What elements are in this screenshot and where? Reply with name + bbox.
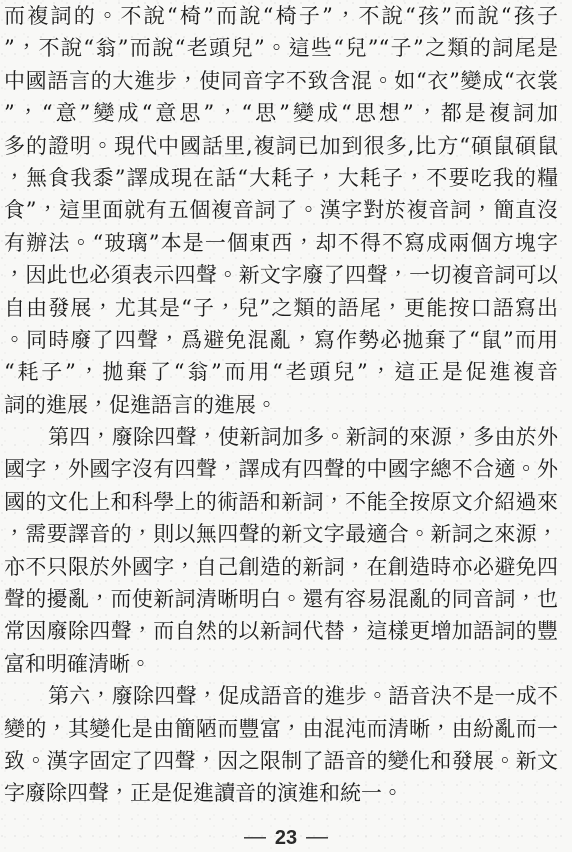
paragraph-compound-words: 而複詞的。不說“椅”而說“椅子”，不說“孩”而說“孩子 ”，不說“翁”而說“老頭…: [4, 0, 558, 421]
paragraph-point-six: 第六，廢除四聲，促成語音的進步。語音決不是一成不 變的，其變化是由簡陋而豐富，由…: [4, 680, 558, 810]
text-line: 中國語言的大進步，使同音字不致含混。如“衣”變成“衣裳: [4, 65, 558, 97]
text-line-paragraph-start: 第四，廢除四聲，使新詞加多。新詞的來源，多由於外: [4, 421, 558, 453]
page-body: 而複詞的。不說“椅”而說“椅子”，不說“孩”而說“孩子 ”，不說“翁”而說“老頭…: [4, 0, 558, 810]
text-line: 。同時廢了四聲，爲避免混亂，寫作勢必拋棄了“鼠”而用: [4, 324, 558, 356]
text-line: ，因此也必須表示四聲。新文字廢了四聲，一切複音詞可以: [4, 259, 558, 291]
text-line: 變的，其變化是由簡陋而豐富，由混沌而清晰，由紛亂而一: [4, 713, 558, 745]
text-line: 聲的擾亂，而使新詞清晰明白。還有容易混亂的同音詞，也: [4, 583, 558, 615]
text-line: “耗子”，拋棄了“翁”而用“老頭兒”，這正是促進複音: [4, 356, 558, 388]
text-line: ，無食我黍”譯成現在話“大耗子，大耗子，不要吃我的糧: [4, 162, 558, 194]
page-number-right-dash: —: [306, 825, 328, 849]
text-line: 自由發展，尤其是“子，兒”之類的語尾，更能按口語寫出: [4, 292, 558, 324]
text-line: ”，不說“翁”而說“老頭兒”。這些“兒”“子”之類的詞尾是: [4, 32, 558, 64]
text-line: 國字，外國字沒有四聲，譯成有四聲的中國字總不合適。外: [4, 453, 558, 485]
text-line-paragraph-end: 詞的進展，促進語言的進展。: [4, 389, 558, 421]
text-line-paragraph-end: 字廢除四聲，正是促進讀音的演進和統一。: [4, 777, 558, 809]
page-number-left-dash: —: [244, 825, 266, 849]
text-line: 多的證明。現代中國話里,複詞已加到很多,比方“碩鼠碩鼠: [4, 130, 558, 162]
text-line: 食”，這里面就有五個複音詞了。漢字對於複音詞，簡直沒: [4, 194, 558, 226]
text-line: 國的文化上和科學上的術語和新詞，不能全按原文介紹過來: [4, 486, 558, 518]
text-line: 常因廢除四聲，而自然的以新詞代替，這樣更增加語詞的豐: [4, 615, 558, 647]
text-line-paragraph-end: 富和明確清晰。: [4, 648, 558, 680]
text-line: 有辦法。“玻璃”本是一個東西，却不得不寫成兩個方塊字: [4, 227, 558, 259]
text-line-paragraph-start: 第六，廢除四聲，促成語音的進步。語音決不是一成不: [4, 680, 558, 712]
page-number-value: 23: [275, 827, 297, 849]
text-line: 而複詞的。不說“椅”而說“椅子”，不說“孩”而說“孩子: [4, 0, 558, 32]
page-number: —23—: [0, 826, 572, 850]
text-line: ，需要譯音的，則以無四聲的新文字最適合。新詞之來源，: [4, 518, 558, 550]
text-line: 亦不只限於外國字，自己創造的新詞，在創造時亦必避免四: [4, 551, 558, 583]
paragraph-point-four: 第四，廢除四聲，使新詞加多。新詞的來源，多由於外 國字，外國字沒有四聲，譯成有四…: [4, 421, 558, 680]
text-line: ”，“意”變成“意思”，“思”變成“思想”，都是複詞加: [4, 97, 558, 129]
text-line: 致。漢字固定了四聲，因之限制了語音的變化和發展。新文: [4, 745, 558, 777]
